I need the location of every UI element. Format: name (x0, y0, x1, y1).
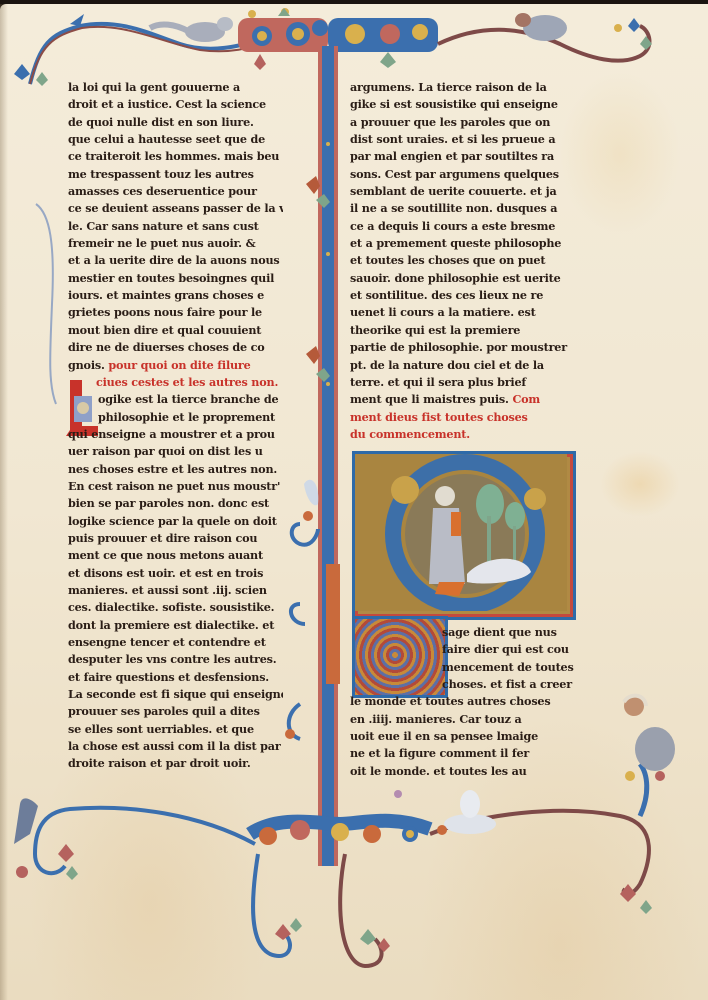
text-line: fremeir ne le puet nus auoir. & (68, 235, 283, 252)
text-line: bien se par paroles non. donc est (68, 495, 283, 512)
bird-icon (304, 480, 318, 506)
grotesque-creature-icon (624, 696, 675, 781)
text-line: droite raison et par droit uoir. (68, 755, 283, 772)
text-line: sage dient que nus (350, 624, 580, 641)
bear-creature-icon (515, 13, 567, 41)
text-line: uenet li cours a la matiere. est (350, 304, 580, 321)
text-line: sons. Cest par argumens quelques (350, 166, 580, 183)
text-line: et a premement queste philosophe (350, 235, 580, 252)
text-line: que celui a hautesse seet que de (68, 131, 283, 148)
text-line: et a la uerite dire de la auons nous (68, 252, 283, 269)
text-line: desputer les vns contre les autres. (68, 651, 283, 668)
text-line: ce traiteroit les hommes. mais beu (68, 148, 283, 165)
text-line: ment ce que nous metons auant (68, 547, 283, 564)
text-line: puis prouuer et dire raison cou (68, 530, 283, 547)
text-line-with-rubric: gnois. pour quoi on dite filure (68, 357, 283, 374)
rubric-heading: ciues cestes et les autres non. (68, 374, 283, 391)
text-line: uoit eue il en sa pensee lmaige (350, 728, 580, 745)
text-line: et toutes les choses que on puet (350, 252, 580, 269)
text-line: ne et la figure comment il fer (350, 745, 580, 762)
text-line: ogike est la tierce branche de (68, 391, 283, 408)
text-line: faire dier qui est cou (350, 641, 580, 658)
text-line: et disons est uoir. et est en trois (68, 565, 283, 582)
text-line: le. Car sans nature et sans cust (68, 218, 283, 235)
text-line: qui enseigne a moustrer et a prou (68, 426, 283, 443)
rabbit-creature-icon (150, 17, 233, 42)
manuscript-page: la loi qui la gent gouuerne a droit et a… (0, 4, 708, 1000)
text-line: ce a dequis li cours a este bresme (350, 218, 580, 235)
text-line: la chose est aussi com il la dist par (68, 738, 283, 755)
text-line: en .iiij. manieres. Car touz a (350, 711, 580, 728)
text-line: grietes poons nous faire pour le (68, 304, 283, 321)
text-line-with-rubric: ment que li maistres puis. Com (350, 391, 580, 408)
text-line: la loi qui la gent gouuerne a (68, 79, 283, 96)
white-beast-icon (437, 790, 496, 835)
text-line: logike science par la quele on doit (68, 513, 283, 530)
text-line: oit le monde. et toutes les au (350, 763, 580, 780)
text-line: En cest raison ne puet nus moustr' (68, 478, 283, 495)
text-line: La seconde est fi sique qui enseigne (68, 686, 283, 703)
text-line: se elles sont uerriables. et que (68, 721, 283, 738)
text-line: le monde et toutes autres choses (350, 693, 580, 710)
right-text-column-lower: sage dient que nus faire dier qui est co… (350, 624, 580, 780)
text-line: ces. dialectike. sofiste. sousistike. (68, 599, 283, 616)
creation-miniature (352, 451, 576, 620)
text-line: a prouuer que les paroles que on (350, 114, 580, 131)
text-line: philosophie et le proprement (68, 409, 283, 426)
text-line: iours. et maintes grans choses e (68, 287, 283, 304)
text-fragment: gnois. (68, 358, 105, 372)
right-text-column: argumens. La tierce raison de la gike si… (350, 79, 580, 443)
text-line: amasses ces deseruentice pour (68, 183, 283, 200)
rubric-heading: ment dieus fist toutes choses (350, 409, 580, 426)
text-line: mencement de toutes (350, 659, 580, 676)
text-line: gike si est sousistike qui enseigne (350, 96, 580, 113)
text-line: et faire questions et desfensions. (68, 669, 283, 686)
text-line: et sontilitue. des ces lieux ne re (350, 287, 580, 304)
text-line: uer raison par quoi on dist les u (68, 443, 283, 460)
text-line: mout bien dire et qual couuient (68, 322, 283, 339)
text-line: choses. et fist a creer (350, 676, 580, 693)
text-line: prouuer ses paroles quil a dites (68, 703, 283, 720)
text-line: droit et a iustice. Cest la science (68, 96, 283, 113)
text-line: dist sont uraies. et si les prueue a (350, 131, 580, 148)
left-text-column: la loi qui la gent gouuerne a droit et a… (68, 79, 283, 773)
text-line: dire ne de diuerses choses de co (68, 339, 283, 356)
text-line: dont la premiere est dialectike. et (68, 617, 283, 634)
text-line: ce se deuient asseans passer de la voie (68, 200, 283, 217)
rubric-heading: pour quoi on dite filure (108, 358, 250, 372)
text-line: partie de philosophie. por moustrer (350, 339, 580, 356)
text-line: mestier en toutes besoingnes quil (68, 270, 283, 287)
text-line: argumens. La tierce raison de la (350, 79, 580, 96)
text-line: par mal engien et par soutiltes ra (350, 148, 580, 165)
text-line: ensengne tencer et contendre et (68, 634, 283, 651)
text-line: sauoir. done philosophie est uerite (350, 270, 580, 287)
text-line: me trespassent touz les autres (68, 166, 283, 183)
text-line: nes choses estre et les autres non. (68, 461, 283, 478)
text-line: theorike qui est la premiere (350, 322, 580, 339)
rubric-heading: Com (512, 392, 540, 406)
text-line: semblant de uerite couuerte. et ja (350, 183, 580, 200)
text-line: terre. et qui il sera plus brief (350, 374, 580, 391)
text-line: pt. de la nature dou ciel et de la (350, 357, 580, 374)
text-line: de quoi nulle dist en son liure. (68, 114, 283, 131)
text-fragment: ment que li maistres puis. (350, 392, 509, 406)
text-line: manieres. et aussi sont .iij. scien (68, 582, 283, 599)
bird-perched-icon (14, 798, 38, 844)
text-line: il ne a se soutillite non. dusques a (350, 200, 580, 217)
rubric-heading: du commencement. (350, 426, 580, 443)
